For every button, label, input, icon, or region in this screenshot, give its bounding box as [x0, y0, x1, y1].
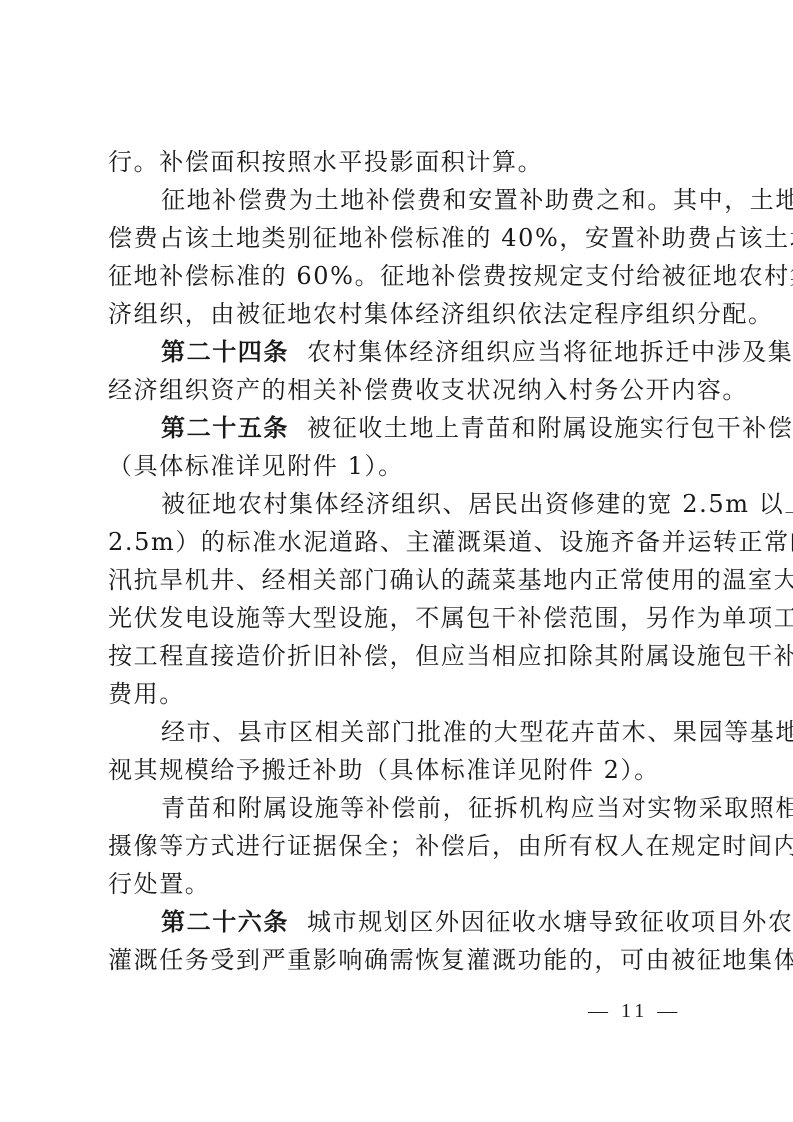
line-text: 被征地农村集体经济组织、居民出资修建的宽 2.5m 以上（含: [161, 490, 793, 518]
line-text: 济组织，由被征地农村集体经济组织依法定程序组织分配。: [108, 300, 774, 328]
text-line: 青苗和附属设施等补偿前，征拆机构应当对实物采取照相、: [161, 789, 690, 827]
line-text: 青苗和附属设施等补偿前，征拆机构应当对实物采取照相、: [161, 794, 793, 822]
line-text: 2.5m）的标准水泥道路、主灌溉渠道、设施齐备并运转正常的防: [108, 528, 793, 556]
line-text: 征地补偿费为土地补偿费和安置补助费之和。其中，土地补: [161, 186, 793, 214]
article-26-heading-line: 第二十六条城市规划区外因征收水塘导致征收项目外农业: [161, 903, 793, 941]
line-text: 汛抗旱机井、经相关部门确认的蔬菜基地内正常使用的温室大棚、: [108, 566, 793, 594]
article-number: 第二十六条: [161, 908, 289, 936]
text-line: 按工程直接造价折旧补偿，但应当相应扣除其附属设施包干补偿: [108, 637, 690, 675]
line-text: 被征收土地上青苗和附属设施实行包干补偿: [307, 414, 793, 442]
line-text: 征地补偿标准的 60%。征地补偿费按规定支付给被征地农村集体经: [108, 262, 793, 290]
line-text: 偿费占该土地类别征地补偿标准的 40%，安置补助费占该土地类别: [108, 224, 793, 252]
article-number: 第二十四条: [161, 338, 289, 366]
line-text: 费用。: [108, 680, 185, 708]
text-line: 经济组织资产的相关补偿费收支状况纳入村务公开内容。: [108, 371, 748, 409]
line-text: （具体标准详见附件 1）。: [108, 452, 404, 480]
text-line: 汛抗旱机井、经相关部门确认的蔬菜基地内正常使用的温室大棚、: [108, 561, 690, 599]
line-text: 行处置。: [108, 870, 210, 898]
line-text: 经济组织资产的相关补偿费收支状况纳入村务公开内容。: [108, 376, 748, 404]
text-line: 灌溉任务受到严重影响确需恢复灌溉功能的，可由被征地集体经: [108, 941, 690, 979]
text-line: 行。补偿面积按照水平投影面积计算。: [108, 143, 543, 181]
text-line: 摄像等方式进行证据保全；补偿后，由所有权人在规定时间内自: [108, 827, 690, 865]
line-text: 城市规划区外因征收水塘导致征收项目外农业: [307, 908, 793, 936]
text-line: 被征地农村集体经济组织、居民出资修建的宽 2.5m 以上（含: [161, 485, 690, 523]
article-25-heading-line: 第二十五条被征收土地上青苗和附属设施实行包干补偿: [161, 409, 793, 447]
text-line: 征地补偿费为土地补偿费和安置补助费之和。其中，土地补: [161, 181, 690, 219]
text-line: 经市、县市区相关部门批准的大型花卉苗木、果园等基地，: [161, 713, 690, 751]
text-line: （具体标准详见附件 1）。: [108, 447, 404, 485]
line-text: 农村集体经济组织应当将征地拆迁中涉及集体: [307, 338, 793, 366]
text-line: 2.5m）的标准水泥道路、主灌溉渠道、设施齐备并运转正常的防: [108, 523, 690, 561]
line-text: 行。补偿面积按照水平投影面积计算。: [108, 148, 543, 176]
line-text: 摄像等方式进行证据保全；补偿后，由所有权人在规定时间内自: [108, 832, 793, 860]
text-line: 行处置。: [108, 865, 210, 903]
text-line: 费用。: [108, 675, 185, 713]
article-24-heading-line: 第二十四条农村集体经济组织应当将征地拆迁中涉及集体: [161, 333, 793, 371]
text-line: 视其规模给予搬迁补助（具体标准详见附件 2）。: [108, 751, 660, 789]
line-text: 灌溉任务受到严重影响确需恢复灌溉功能的，可由被征地集体经: [108, 946, 793, 974]
text-line: 偿费占该土地类别征地补偿标准的 40%，安置补助费占该土地类别: [108, 219, 690, 257]
page-number: — 11 —: [588, 1000, 681, 1023]
line-text: 按工程直接造价折旧补偿，但应当相应扣除其附属设施包干补偿: [108, 642, 793, 670]
text-line: 济组织，由被征地农村集体经济组织依法定程序组织分配。: [108, 295, 774, 333]
line-text: 经市、县市区相关部门批准的大型花卉苗木、果园等基地，: [161, 718, 793, 746]
line-text: 光伏发电设施等大型设施，不属包干补偿范围，另作为单项工程，: [108, 604, 793, 632]
article-number: 第二十五条: [161, 414, 289, 442]
line-text: 视其规模给予搬迁补助（具体标准详见附件 2）。: [108, 756, 660, 784]
text-line: 征地补偿标准的 60%。征地补偿费按规定支付给被征地农村集体经: [108, 257, 690, 295]
text-line: 光伏发电设施等大型设施，不属包干补偿范围，另作为单项工程，: [108, 599, 690, 637]
